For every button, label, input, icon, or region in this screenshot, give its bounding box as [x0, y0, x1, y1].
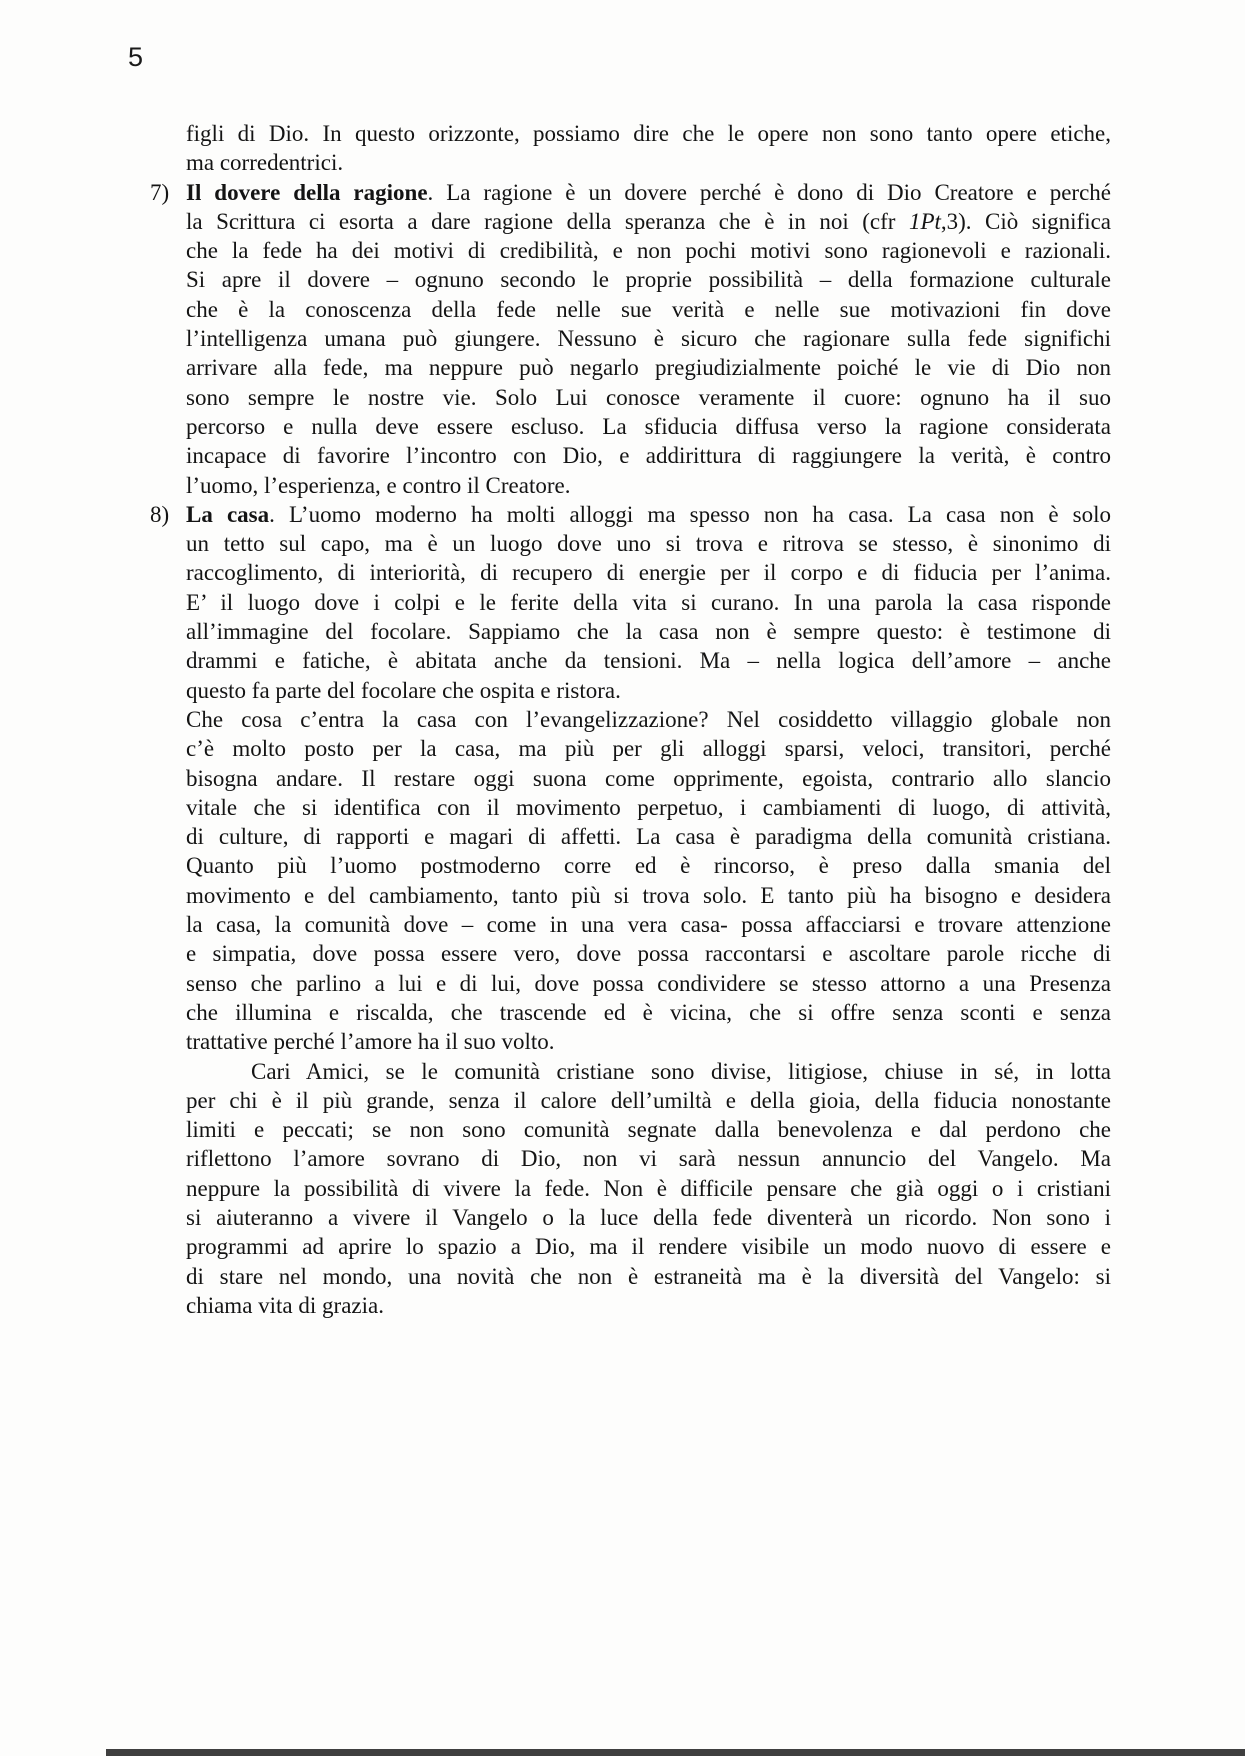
body-text: questo fa parte del focolare che ospita …: [186, 678, 621, 703]
text-line: trattative perché l’amore ha il suo volt…: [186, 1027, 1111, 1056]
body-text: . La ragione è un dovere perché è dono d…: [428, 180, 1111, 205]
body-text: la Scrittura ci esorta a dare ragione de…: [186, 209, 909, 234]
body-text: E’ il luogo dove i colpi e le ferite del…: [186, 590, 1111, 615]
body-text: raccoglimento, di interiorità, di recupe…: [186, 560, 1111, 585]
text-line: di culture, di rapporti e magari di affe…: [186, 822, 1111, 851]
text-line: che illumina e riscalda, che trascende e…: [186, 998, 1111, 1027]
body-text: chiama vita di grazia.: [186, 1293, 384, 1318]
scan-edge-artifact: [106, 1749, 1245, 1756]
closing-paragraph: Cari Amici, se le comunità cristiane son…: [186, 1057, 1111, 1321]
body-text: per chi è il più grande, senza il calore…: [186, 1088, 1111, 1113]
body-text: ma corredentrici.: [186, 150, 343, 175]
text-line: Il dovere della ragione. La ragione è un…: [186, 178, 1111, 207]
list-marker: 7): [150, 178, 169, 207]
text-line: sono sempre le nostre vie. Solo Lui cono…: [186, 383, 1111, 412]
text-block: figli di Dio. In questo orizzonte, possi…: [186, 119, 1111, 1320]
text-line: questo fa parte del focolare che ospita …: [186, 676, 1111, 705]
text-line: ma corredentrici.: [186, 148, 1111, 177]
body-text: che illumina e riscalda, che trascende e…: [186, 1000, 1111, 1025]
body-text: c’è molto posto per la casa, ma più per …: [186, 736, 1111, 761]
list-item-8: 8)La casa. L’uomo moderno ha molti allog…: [186, 500, 1111, 705]
text-line: Si apre il dovere – ognuno secondo le pr…: [186, 265, 1111, 294]
body-text: ,3). Ciò significa: [941, 209, 1111, 234]
body-text: sono sempre le nostre vie. Solo Lui cono…: [186, 385, 1111, 410]
text-line: vitale che si identifica con il moviment…: [186, 793, 1111, 822]
body-text: un tetto sul capo, ma è un luogo dove un…: [186, 531, 1111, 556]
italic-citation-text: 1Pt: [909, 209, 941, 234]
body-text: che la fede ha dei motivi di credibilità…: [186, 238, 1111, 263]
body-text: di stare nel mondo, una novità che non è…: [186, 1264, 1111, 1289]
text-line: movimento e del cambiamento, tanto più s…: [186, 881, 1111, 910]
document-page: 5 figli di Dio. In questo orizzonte, pos…: [0, 0, 1245, 1756]
text-line: l’uomo, l’esperienza, e contro il Creato…: [186, 471, 1111, 500]
page-number: 5: [128, 44, 143, 71]
body-text: che è la conoscenza della fede nelle sue…: [186, 297, 1111, 322]
text-line: di stare nel mondo, una novità che non è…: [186, 1262, 1111, 1291]
body-text: riflettono l’amore sovrano di Dio, non v…: [186, 1146, 1111, 1171]
text-line: riflettono l’amore sovrano di Dio, non v…: [186, 1144, 1111, 1173]
body-text: l’uomo, l’esperienza, e contro il Creato…: [186, 473, 570, 498]
text-line: limiti e peccati; se non sono comunità s…: [186, 1115, 1111, 1144]
body-text: bisogna andare. Il restare oggi suona co…: [186, 766, 1111, 791]
text-line: figli di Dio. In questo orizzonte, possi…: [186, 119, 1111, 148]
text-line: all’immagine del focolare. Sappiamo che …: [186, 617, 1111, 646]
text-line: Quanto più l’uomo postmoderno corre ed è…: [186, 851, 1111, 880]
body-text: Si apre il dovere – ognuno secondo le pr…: [186, 267, 1111, 292]
text-line: si aiuteranno a vivere il Vangelo o la l…: [186, 1203, 1111, 1232]
text-line: che è la conoscenza della fede nelle sue…: [186, 295, 1111, 324]
body-text: percorso e nulla deve essere escluso. La…: [186, 414, 1111, 439]
text-line: arrivare alla fede, ma neppure può negar…: [186, 353, 1111, 382]
body-text: vitale che si identifica con il moviment…: [186, 795, 1111, 820]
text-line: c’è molto posto per la casa, ma più per …: [186, 734, 1111, 763]
text-line: programmi ad aprire lo spazio a Dio, ma …: [186, 1232, 1111, 1261]
text-line: e simpatia, dove possa essere vero, dove…: [186, 939, 1111, 968]
body-text: drammi e fatiche, è abitata anche da ten…: [186, 648, 1111, 673]
text-line: senso che parlino a lui e di lui, dove p…: [186, 969, 1111, 998]
text-line: neppure la possibilità di vivere la fede…: [186, 1174, 1111, 1203]
text-line: per chi è il più grande, senza il calore…: [186, 1086, 1111, 1115]
body-text: incapace di favorire l’incontro con Dio,…: [186, 443, 1111, 468]
text-line: chiama vita di grazia.: [186, 1291, 1111, 1320]
body-text: movimento e del cambiamento, tanto più s…: [186, 883, 1111, 908]
text-line: bisogna andare. Il restare oggi suona co…: [186, 764, 1111, 793]
body-text: neppure la possibilità di vivere la fede…: [186, 1176, 1111, 1201]
body-text: trattative perché l’amore ha il suo volt…: [186, 1029, 555, 1054]
text-line: E’ il luogo dove i colpi e le ferite del…: [186, 588, 1111, 617]
text-line: percorso e nulla deve essere escluso. La…: [186, 412, 1111, 441]
body-text: programmi ad aprire lo spazio a Dio, ma …: [186, 1234, 1111, 1259]
body-text: limiti e peccati; se non sono comunità s…: [186, 1117, 1111, 1142]
body-text: e simpatia, dove possa essere vero, dove…: [186, 941, 1111, 966]
body-text: . L’uomo moderno ha molti alloggi ma spe…: [269, 502, 1111, 527]
bold-lead-text: Il dovere della ragione: [186, 180, 428, 205]
list-marker: 8): [150, 500, 169, 529]
text-line: un tetto sul capo, ma è un luogo dove un…: [186, 529, 1111, 558]
text-line: la casa, la comunità dove – come in una …: [186, 910, 1111, 939]
body-text: Cari Amici, se le comunità cristiane son…: [251, 1059, 1111, 1084]
item-6-continuation: figli di Dio. In questo orizzonte, possi…: [186, 119, 1111, 178]
text-line: raccoglimento, di interiorità, di recupe…: [186, 558, 1111, 587]
body-text: Che cosa c’entra la casa con l’evangeliz…: [186, 707, 1111, 732]
body-text: di culture, di rapporti e magari di affe…: [186, 824, 1111, 849]
body-text: la casa, la comunità dove – come in una …: [186, 912, 1111, 937]
text-line: Che cosa c’entra la casa con l’evangeliz…: [186, 705, 1111, 734]
body-text: Quanto più l’uomo postmoderno corre ed è…: [186, 853, 1111, 878]
body-text: arrivare alla fede, ma neppure può negar…: [186, 355, 1111, 380]
body-text: si aiuteranno a vivere il Vangelo o la l…: [186, 1205, 1111, 1230]
text-line: La casa. L’uomo moderno ha molti alloggi…: [186, 500, 1111, 529]
text-line: la Scrittura ci esorta a dare ragione de…: [186, 207, 1111, 236]
text-line: incapace di favorire l’incontro con Dio,…: [186, 441, 1111, 470]
text-line: drammi e fatiche, è abitata anche da ten…: [186, 646, 1111, 675]
bold-lead-text: La casa: [186, 502, 269, 527]
body-text: l’intelligenza umana può giungere. Nessu…: [186, 326, 1111, 351]
body-text: all’immagine del focolare. Sappiamo che …: [186, 619, 1111, 644]
body-text: figli di Dio. In questo orizzonte, possi…: [186, 121, 1111, 146]
text-line: l’intelligenza umana può giungere. Nessu…: [186, 324, 1111, 353]
list-item-7: 7)Il dovere della ragione. La ragione è …: [186, 178, 1111, 500]
body-text: senso che parlino a lui e di lui, dove p…: [186, 971, 1111, 996]
item-8-paragraph-2: Che cosa c’entra la casa con l’evangeliz…: [186, 705, 1111, 1057]
text-line: Cari Amici, se le comunità cristiane son…: [186, 1057, 1111, 1086]
text-line: che la fede ha dei motivi di credibilità…: [186, 236, 1111, 265]
